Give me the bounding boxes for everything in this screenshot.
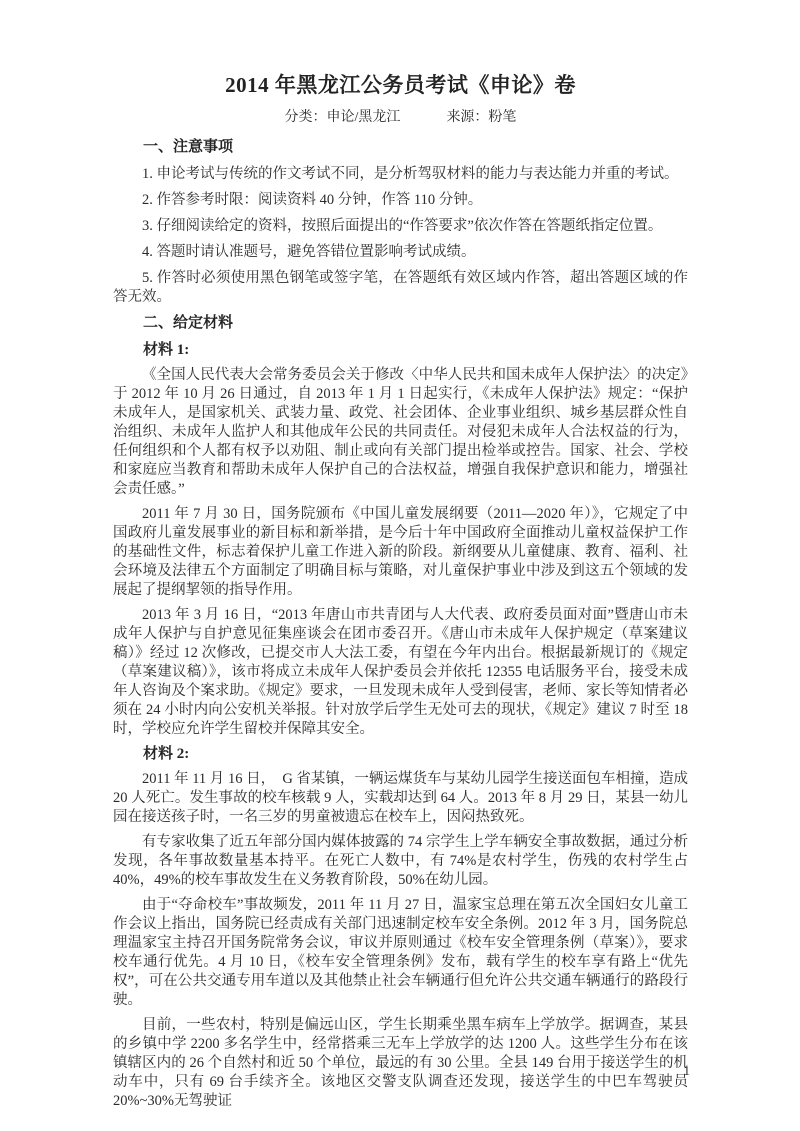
meta-source: 来源：粉笔 (446, 110, 516, 125)
material-2-heading: 材料 2: (113, 745, 688, 764)
notice-item: 2. 作答参考时限：阅读资料 40 分钟，作答 110 分钟。 (113, 191, 688, 210)
meta-category: 分类：申论/黑龙江 (285, 110, 401, 125)
document-content: 2014 年黑龙江公务员考试《申论》卷 分类：申论/黑龙江来源：粉笔 一、注意事… (0, 0, 800, 1111)
notice-item: 4. 答题时请认准题号，避免答错位置影响考试成绩。 (113, 243, 688, 262)
material-2-paragraph: 2011 年 11 月 16 日， G 省某镇，一辆运煤货车与某幼儿园学生接送面… (113, 770, 688, 827)
material-2-paragraph: 目前，一些农村，特别是偏远山区，学生长期乘坐黑车病车上学放学。据调查，某县的乡镇… (113, 1016, 688, 1111)
meta-line: 分类：申论/黑龙江来源：粉笔 (113, 109, 688, 127)
material-1-paragraph: 《全国人民代表大会常务委员会关于修改〈中华人民共和国未成年人保护法〉的决定》于 … (113, 366, 688, 499)
notice-item: 5. 作答时必须使用黑色钢笔或签字笔，在答题纸有效区域内作答，超出答题区域的作答… (113, 269, 688, 307)
page-title: 2014 年黑龙江公务员考试《申论》卷 (113, 72, 688, 98)
material-2-paragraph: 由于“夺命校车”事故频发，2011 年 11 月 27 日，温家宝总理在第五次全… (113, 896, 688, 1010)
material-2-paragraph: 有专家收集了近五年部分国内媒体披露的 74 宗学生上学车辆安全事故数据，通过分析… (113, 833, 688, 890)
notice-item: 1. 申论考试与传统的作文考试不同，是分析驾驭材料的能力与表达能力并重的考试。 (113, 165, 688, 184)
document-page: 2014 年黑龙江公务员考试《申论》卷 分类：申论/黑龙江来源：粉笔 一、注意事… (0, 0, 800, 1131)
notice-item: 3. 仔细阅读给定的资料，按照后面提出的“作答要求”依次作答在答题纸指定位置。 (113, 217, 688, 236)
notice-section-heading: 一、注意事项 (113, 138, 688, 157)
material-1-heading: 材料 1: (113, 341, 688, 360)
materials-section-heading: 二、给定材料 (113, 314, 688, 333)
material-1-paragraph: 2011 年 7 月 30 日，国务院颁布《中国儿童发展纲要（2011—2020… (113, 505, 688, 600)
material-1-paragraph: 2013 年 3 月 16 日，“2013 年唐山市共青团与人大代表、政府委员面… (113, 606, 688, 739)
page-number: 1 (684, 1063, 691, 1079)
